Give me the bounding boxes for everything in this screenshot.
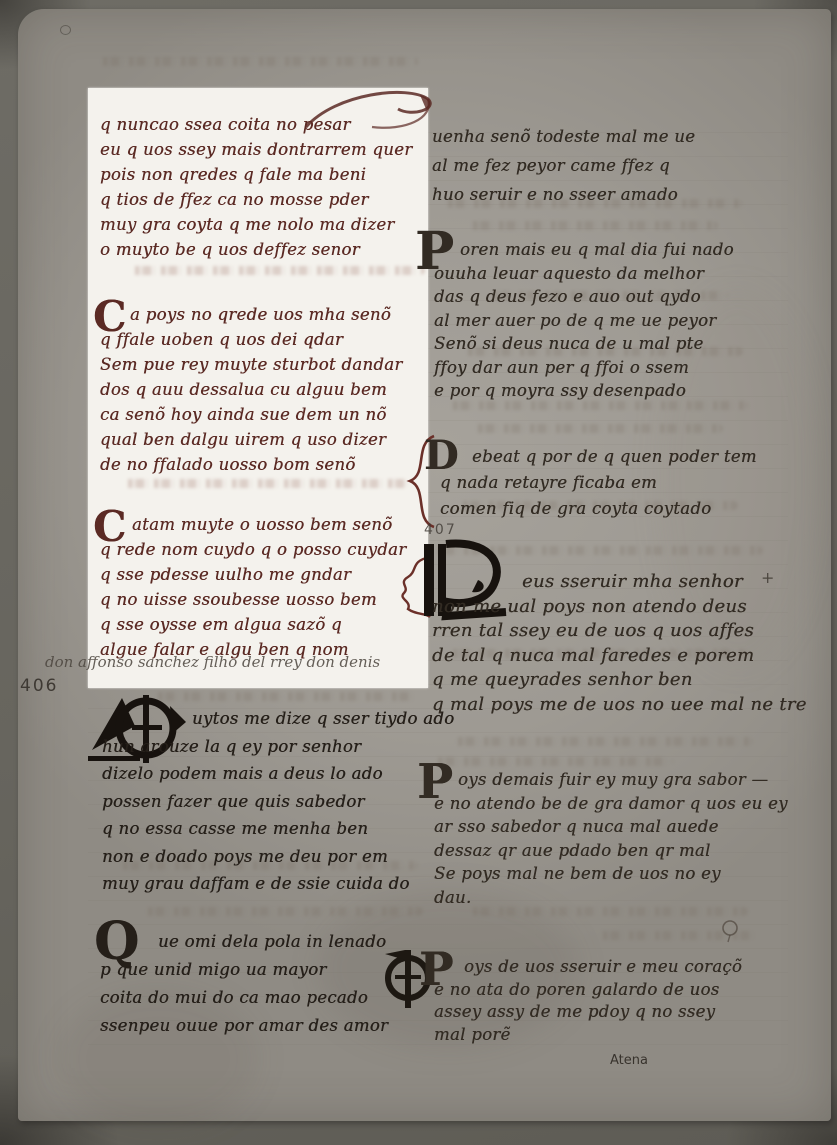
verse-line: dau. (434, 886, 788, 910)
stanza: uytos me dize q sser tiydo adohun arouze… (102, 705, 454, 898)
stanza: ebeat q por de q quen poder temq nada re… (440, 444, 757, 522)
verse-line: ouuha leuar aquesto da melhor (434, 262, 734, 286)
verse-line: q me queyrades senhor ben (432, 668, 807, 693)
bleed-through-line (433, 757, 673, 766)
verse-line: uenha senõ todeste mal me ue (432, 122, 695, 151)
attribution-note: don affonso sanchez filho del rrey don d… (45, 653, 380, 671)
verse-line: q no uisse ssoubesse uosso bem (100, 587, 406, 612)
verse-line: p que unid migo ua mayor (100, 956, 388, 984)
stanza: oys demais fuir ey muy gra sabor —e no a… (434, 768, 788, 909)
cantiga-number-406: 406 (20, 676, 58, 696)
bleed-through-line (123, 479, 408, 488)
bottom-annotation: Atena (610, 1053, 648, 1068)
verse-line: possen fazer que quis sabedor (102, 788, 454, 816)
stanza: q nuncao ssea coita no pesareu q uos sse… (100, 112, 412, 262)
verse-line: das q deus fezo e auo out qydo (434, 285, 734, 309)
verse-line: ebeat q por de q quen poder tem (472, 444, 757, 470)
verse-line: Sem pue rey muyte sturbot dandar (100, 352, 403, 377)
verse-line: ssenpeu ouue por amar des amor (100, 1012, 388, 1040)
verse-line: q ffale uoben q uos dei qdar (100, 327, 403, 352)
stanza: ue omi dela pola in lenadop que unid mig… (100, 928, 388, 1040)
verse-line: q nuncao ssea coita no pesar (100, 112, 412, 137)
verse-line: o muyto be q uos deffez senor (100, 237, 412, 262)
verse-line: pois non qredes q fale ma beni (100, 162, 412, 187)
verse-line: al me fez peyor came ffez q (432, 151, 695, 180)
verse-line: q nada retayre ficaba em (440, 470, 757, 496)
bleed-through-line (453, 737, 753, 746)
verse-line: muy grau daffam e de ssie cuida do (102, 870, 454, 898)
stanza: oren mais eu q mal dia fui nadoouuha leu… (434, 238, 734, 403)
verse-line: uytos me dize q sser tiydo ado (192, 705, 454, 733)
manuscript-photo: q nuncao ssea coita no pesareu q uos sse… (0, 0, 837, 1145)
stanza: eus sseruir mha senhornon me ual poys no… (432, 570, 807, 717)
verse-line: e no ata do poren galardo de uos (434, 979, 742, 1002)
cantiga-number-407: 407 (424, 522, 457, 538)
verse-line: de no ffalado uosso bom senõ (100, 452, 403, 477)
verse-line: al mer auer po de q me ue peyor (434, 309, 734, 333)
verse-line: non me ual poys non atendo deus (432, 595, 807, 620)
verse-line: qual ben dalgu uirem q uso dizer (100, 427, 403, 452)
verse-line: de tal q nuca mal faredes e porem (432, 644, 807, 669)
verse-line: oren mais eu q mal dia fui nado (460, 238, 734, 262)
verse-line: a poys no qrede uos mha senõ (130, 302, 403, 327)
verse-line: muy gra coyta q me nolo ma dizer (100, 212, 412, 237)
verse-line: atam muyte o uosso bem senõ (132, 512, 406, 537)
verse-line: ca senõ hoy ainda sue dem un nõ (100, 402, 403, 427)
verse-line: ue omi dela pola in lenado (158, 928, 388, 956)
verse-line: oys de uos sseruir e meu coraçõ (464, 956, 742, 979)
verse-line: q tios de ffez ca no mosse pder (100, 187, 412, 212)
verse-line: dizelo podem mais a deus lo ado (102, 760, 454, 788)
bleed-through-line (98, 57, 418, 66)
verse-line: dos q auu dessalua cu alguu bem (100, 377, 403, 402)
verse-line: q sse pdesse uulho me gndar (100, 562, 406, 587)
verse-line: e no atendo be de gra damor q uos eu ey (434, 792, 788, 816)
verse-line: q mal poys me de uos no uee mal ne tre (432, 693, 807, 718)
verse-line: assey assy de me pdoy q no ssey (434, 1001, 742, 1024)
verse-line: ar sso sabedor q nuca mal auede (434, 815, 788, 839)
plus-mark: + (761, 568, 774, 587)
verse-line: mal porẽ (434, 1024, 742, 1047)
verse-line: coita do mui do ca mao pecado (100, 984, 388, 1012)
verse-line: rren tal ssey eu de uos q uos affes (432, 619, 807, 644)
wormhole-mark (60, 25, 71, 35)
verse-line: dessaz qr aue pdado ben qr mal (434, 839, 788, 863)
stanza: uenha senõ todeste mal me ueal me fez pe… (432, 122, 695, 209)
circle-doodle (718, 918, 742, 944)
verse-line: q rede nom cuydo q o posso cuydar (100, 537, 406, 562)
bleed-through-line (143, 907, 423, 916)
bleed-through-line (468, 221, 718, 230)
stanza: oys de uos sseruir e meu coraçõe no ata … (434, 956, 742, 1046)
verse-line: oys demais fuir ey muy gra sabor — (458, 768, 788, 792)
verse-line: Senõ si deus nuca de u mal pte (434, 332, 734, 356)
verse-line: ffoy dar aun per q ffoi o ssem (434, 356, 734, 380)
verse-line: huo seruir e no sseer amado (432, 180, 695, 209)
verse-line: Se poys mal ne bem de uos no ey (434, 862, 788, 886)
verse-line: q sse oysse em algua sazõ q (100, 612, 406, 637)
verse-line: hun arouze la q ey por senhor (102, 733, 454, 761)
verse-line: non e doado poys me deu por em (102, 843, 454, 871)
verse-line: e por q moyra ssy desenpado (434, 379, 734, 403)
bleed-through-line (153, 692, 418, 701)
stanza: a poys no qrede uos mha senõq ffale uobe… (100, 302, 403, 477)
verse-line: comen fiq de gra coyta coytado (440, 496, 757, 522)
bleed-through-line (130, 266, 425, 275)
verse-line: eu q uos ssey mais dontrarrem quer (100, 137, 412, 162)
stanza: atam muyte o uosso bem senõq rede nom cu… (100, 512, 406, 662)
bleed-through-line (473, 424, 723, 433)
verse-line: q no essa casse me menha ben (102, 815, 454, 843)
